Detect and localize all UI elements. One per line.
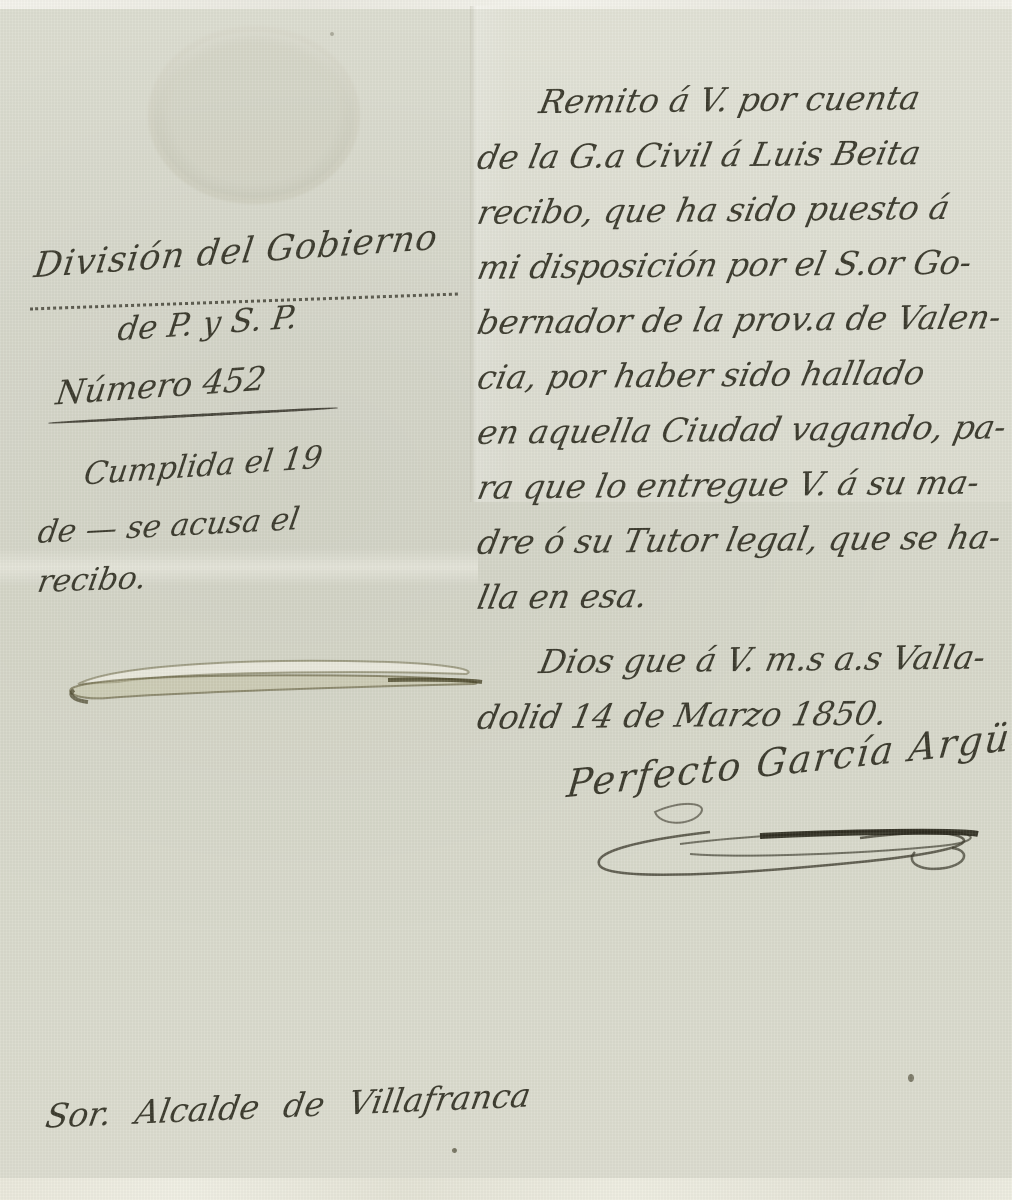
signature-rubric-flourish — [560, 792, 990, 888]
paper-speck — [908, 1074, 914, 1082]
body-line: cia, por haber sido hallado — [478, 344, 1012, 405]
body-line: dre ó su Tutor legal, que se ha- — [478, 509, 1012, 570]
margin-note-line3-text: recibo. — [35, 560, 150, 600]
letter-page: División del Gobierno de P. y S. P. Núme… — [0, 0, 1012, 1200]
body-line-text: en aquella Ciudad vagando, pa- — [472, 399, 1011, 460]
body-line-text: lla en esa. — [472, 568, 652, 625]
letter-body: Remito á V. por cuenta de la G.a Civil á… — [478, 72, 1012, 742]
scan-edge-top — [0, 0, 1012, 9]
body-line-text: bernador de la prov.a de Valen- — [472, 289, 1006, 350]
margin-heading-line1: División del Gobierno — [33, 218, 439, 286]
body-line-text: ra que lo entregue V. á su ma- — [472, 454, 984, 514]
body-line: bernador de la prov.a de Valen- — [478, 289, 1012, 350]
body-line-valediction: Dios gue á V. m.s a.s Valla- — [478, 629, 1012, 690]
margin-note-line3: recibo. — [37, 560, 146, 600]
margin-number-line: Número 452 — [55, 359, 267, 413]
margin-note-line1-text: Cumplida el 19 — [82, 439, 325, 492]
body-line-text: recibo, que ha sido puesto á — [472, 180, 954, 240]
body-line-text: de la G.a Civil á Luis Beita — [472, 125, 925, 185]
body-line: en aquella Ciudad vagando, pa- — [478, 399, 1012, 460]
addressee-line: Sor. Alcalde de Villafranca — [45, 1075, 531, 1135]
body-line: Remito á V. por cuenta — [478, 69, 1012, 130]
body-line-text: Dios gue á V. m.s a.s Valla- — [534, 629, 990, 689]
embossed-seal — [148, 26, 360, 204]
body-line: recibo, que ha sido puesto á — [478, 179, 1012, 240]
body-line: ra que lo entregue V. á su ma- — [478, 454, 1012, 515]
margin-heading-line1-text: División del Gobierno — [32, 218, 441, 287]
margin-note-line1: Cumplida el 19 — [83, 440, 323, 493]
body-line-text: Remito á V. por cuenta — [534, 70, 925, 129]
body-line-text: dre ó su Tutor legal, que se ha- — [472, 509, 1006, 570]
body-line: mi disposición por el S.or Go- — [478, 234, 1012, 295]
body-line-text: cia, por haber sido hallado — [472, 345, 930, 405]
paper-speck — [452, 1148, 457, 1153]
addressee-text: Sor. Alcalde de Villafranca — [43, 1075, 534, 1135]
body-line: de la G.a Civil á Luis Beita — [478, 124, 1012, 185]
margin-note-line2-text: de — se acusa el — [35, 501, 302, 551]
margin-note-line2: de — se acusa el — [37, 501, 300, 551]
body-line: lla en esa. — [478, 564, 1012, 625]
margin-number-text: Número 452 — [53, 358, 268, 412]
paper-speck — [330, 32, 334, 36]
body-line-text: mi disposición por el S.or Go- — [472, 235, 976, 295]
ink-smudge — [58, 646, 490, 720]
scan-edge-bottom — [0, 1178, 1012, 1200]
